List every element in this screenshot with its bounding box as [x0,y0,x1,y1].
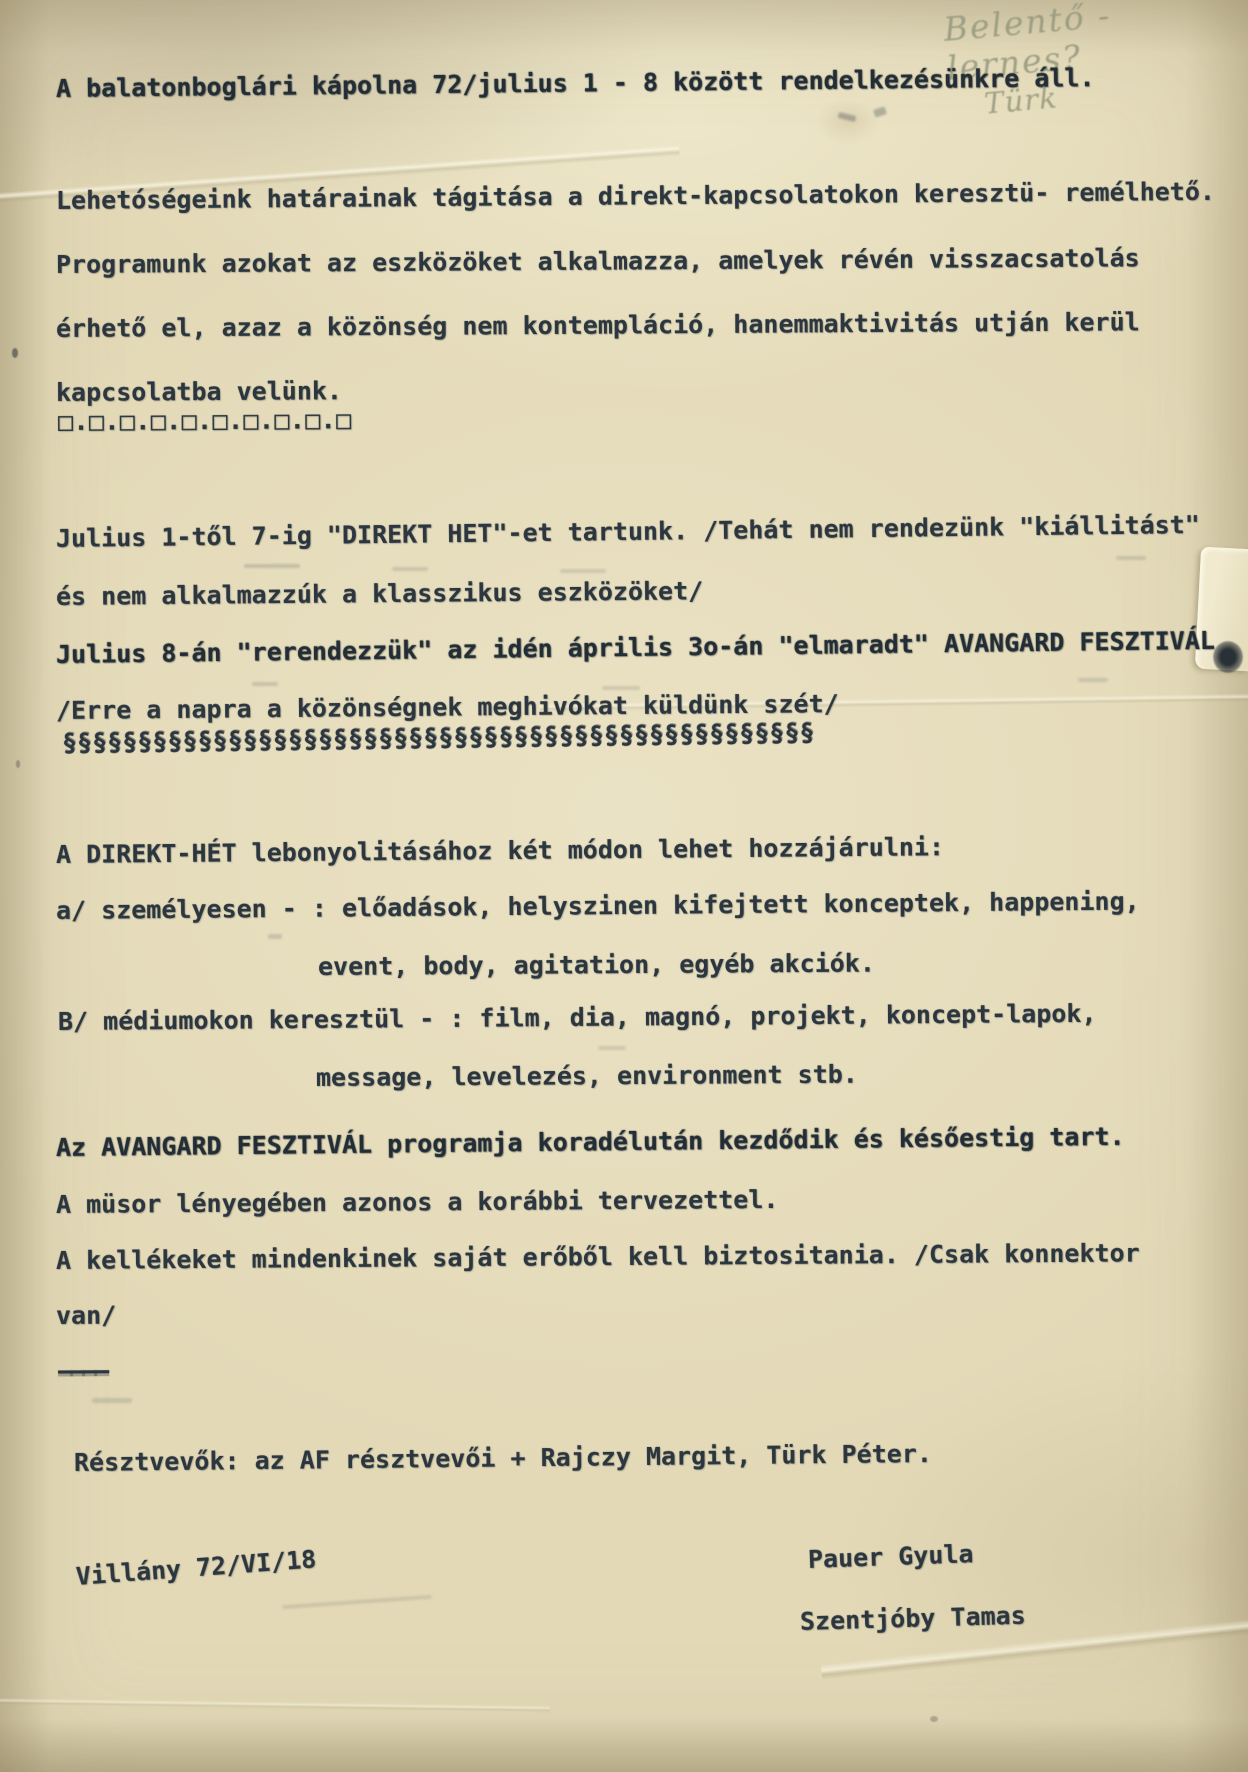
typed-line-festival-4: van/ [56,1301,116,1331]
typed-line-intro-4: kapcsolatba velünk. [56,376,342,408]
typed-line-participation-4: B/ médiumokon keresztül - : film, dia, m… [58,999,1097,1037]
ink-blot [1213,641,1243,673]
divider-boxes: □.□.□.□.□.□.□.□.□.□ [58,405,352,437]
typewriter-smudge [252,682,278,686]
dash-mark: ———— [58,1356,106,1386]
typed-line-place-date: Villány 72/VI/18 [75,1544,317,1592]
paper-speck [930,1716,938,1722]
typed-line-festival-3: A kellékeket mindenkinek saját erőből ke… [56,1238,1140,1276]
typewriter-smudge [873,106,887,117]
typewriter-smudge [602,686,640,690]
typewriter-smudge [268,934,282,939]
typed-line-availability: A balatonboglári kápolna 72/julius 1 - 8… [56,63,1095,104]
paper-speck [16,760,20,768]
typed-line-intro-1: Lehetóségeink határainak tágitása a dire… [56,177,1215,216]
typewriter-smudge [598,1046,626,1050]
typed-line-participation-2: a/ személyesen - : előadások, helyszinen… [56,887,1140,926]
typed-line-direkthet-3: Julius 8-án "rerendezzük" az idén áprili… [56,626,1215,670]
typewriter-smudge [392,567,428,571]
paper-speck [12,348,18,358]
typed-line-signature-2: Szentjóby Tamas [800,1601,1027,1637]
typewriter-smudge [1116,556,1146,560]
typed-line-intro-3: érhető el, azaz a közönség nem kontemplá… [56,307,1140,344]
typewriter-smudge [838,112,857,122]
document-page: Belentő - lernes? Türk A balatonboglári … [0,0,1248,1772]
typed-line-participation-3: event, body, agitation, egyéb akciók. [318,949,875,982]
typewriter-smudge [1078,678,1108,682]
typed-line-direkthet-1: Julius 1-től 7-ig "DIREKT HET"-et tartun… [56,510,1200,554]
handwritten-note: Belentő - lernes? Türk [942,0,1248,124]
typed-line-participants: Résztvevők: az AF résztvevői + Rajczy Ma… [74,1439,932,1478]
typewriter-smudge [560,569,606,573]
typed-line-participation-1: A DIREKT-HÉT lebonyolitásához két módon … [56,832,944,870]
typewriter-smudge [282,1595,432,1609]
typed-line-signature-1: Pauer Gyula [807,1539,974,1575]
typed-line-festival-1: Az AVANGARD FESZTIVÁL programja koradélu… [56,1122,1125,1163]
typed-line-intro-2: Programunk azokat az eszközöket alkalmaz… [56,243,1140,280]
typed-line-participation-5: message, levelezés, environment stb. [316,1060,858,1093]
typewriter-smudge [244,564,300,568]
crease-line [0,1686,550,1720]
typed-line-direkthet-2: és nem alkalmazzúk a klasszikus eszközök… [56,576,703,612]
typewriter-smudge [92,1398,132,1403]
typed-line-festival-2: A müsor lényegében azonos a korábbi terv… [56,1185,779,1220]
